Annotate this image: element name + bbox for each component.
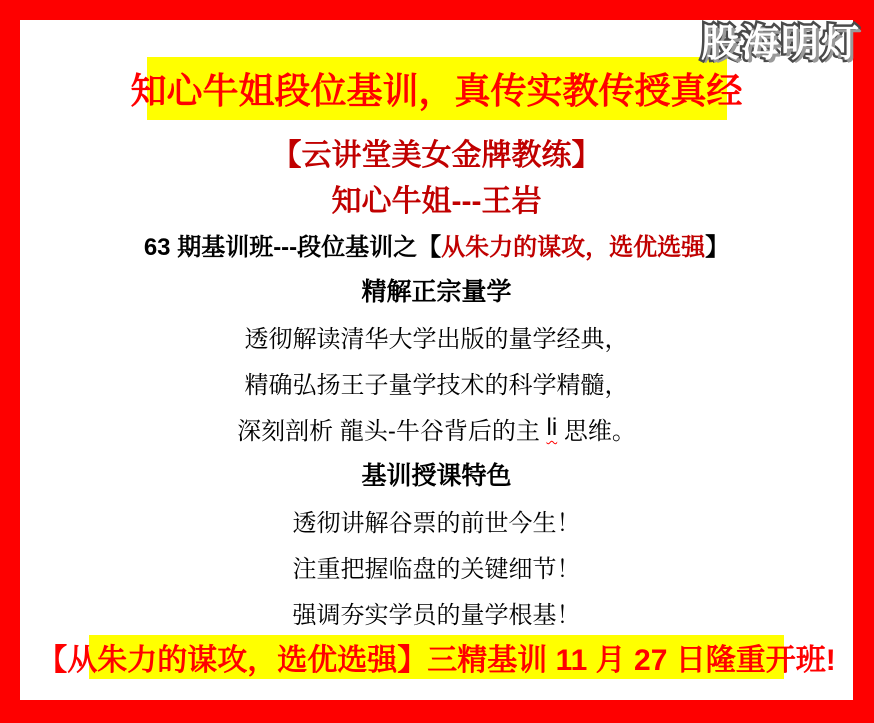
section1-line1: 透彻解读清华大学出版的量学经典， [20,313,853,359]
section1-line3-spellchecked-word: li [546,414,557,442]
bottom-announcement-banner: 【从朱力的谋攻，选优选强】三精基训 11 月 27 日隆重开班! [89,635,784,679]
coach-name-heading: 知心牛姐---王岩 [20,175,853,221]
section1-line3: 深刻剖析 龍头-牛谷背后的主 li 思维。 [20,405,853,451]
body-text-block: 【云讲堂美女金牌教练】 知心牛姐---王岩 63 期基训班---段位基训之【从朱… [20,129,853,635]
section1-line2: 精确弘扬王子量学技术的科学精髓， [20,359,853,405]
promo-poster: 股海明灯 知心牛姐段位基训，真传实教传授真经 【云讲堂美女金牌教练】 知心牛姐-… [0,0,874,723]
section1-line3-prefix: 深刻剖析 龍头-牛谷背后的主 [237,411,546,446]
section2-line1: 透彻讲解谷票的前世今生！ [20,497,853,543]
poster-content-area: 股海明灯 知心牛姐段位基训，真传实教传授真经 【云讲堂美女金牌教练】 知心牛姐-… [20,20,853,700]
course-session-suffix: 】 [705,227,729,262]
coach-heading: 【云讲堂美女金牌教练】 [20,129,853,175]
top-headline-banner: 知心牛姐段位基训，真传实教传授真经 [147,57,727,120]
section1-title: 精解正宗量学 [20,267,853,313]
course-session-prefix: 63 期基训班---段位基训之【 [144,227,441,262]
section2-line3: 强调夯实学员的量学根基！ [20,589,853,635]
section2-title: 基训授课特色 [20,451,853,497]
course-session-line: 63 期基训班---段位基训之【从朱力的谋攻，选优选强】 [20,221,853,267]
section2-line2: 注重把握临盘的关键细节！ [20,543,853,589]
bottom-announcement-text: 【从朱力的谋攻，选优选强】三精基训 11 月 27 日隆重开班! [37,635,835,679]
watermark-text: 股海明灯 [701,12,861,67]
top-headline-text: 知心牛姐段位基训，真传实教传授真经 [131,63,743,114]
section1-line3-suffix: 思维。 [557,411,636,446]
course-session-topic: 从朱力的谋攻，选优选强 [441,227,705,262]
